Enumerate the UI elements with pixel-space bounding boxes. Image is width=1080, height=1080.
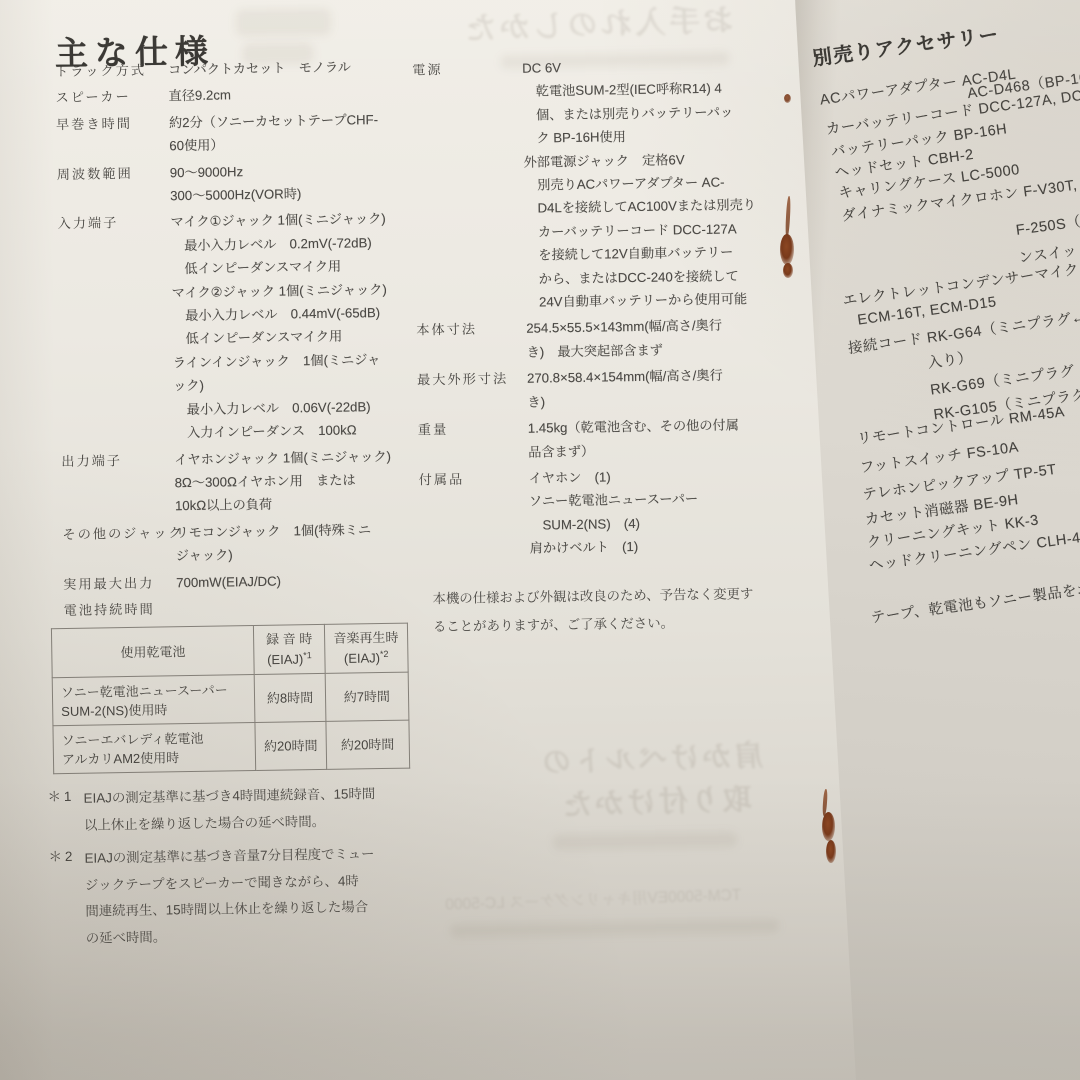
spec-line: D4Lを接続してAC100Vまたは別売り	[524, 193, 799, 221]
playback-time-cell: 約20時間	[326, 720, 410, 769]
spec-line: DC 6V	[522, 52, 797, 80]
ghost-text-care: お手入れのしかた	[461, 0, 734, 48]
spec-line: 254.5×55.5×143mm(幅/高さ/奥行	[526, 313, 801, 341]
spec-label: トラック方式	[55, 58, 168, 83]
table-row: ソニーエバレディ乾電池 アルカリAM2使用時 約20時間 約20時間	[53, 720, 410, 774]
spec-label: 出力端子	[61, 448, 175, 520]
spec-line: 最小入力レベル 0.44mV(-65dB)	[172, 301, 409, 328]
spec-line: 直径9.2cm	[168, 81, 405, 108]
spec-line: 低インピーダンスマイク用	[172, 324, 409, 351]
spec-line: 300～5000Hz(VOR時)	[170, 181, 407, 208]
spec-label: 付属品	[418, 467, 529, 562]
spec-line: ク BP-16H使用	[523, 123, 798, 151]
spec-line: 60使用）	[169, 131, 406, 158]
playback-time-cell: 約7時間	[325, 672, 409, 721]
ghost-text-tcm: TCM-5000EV用キャリングケース LC-5000	[445, 883, 742, 915]
spec-line: SUM-2(NS) (4)	[529, 509, 804, 537]
spec-line: カーバッテリーコード DCC-127A	[525, 216, 800, 244]
spec-label: スピーカー	[55, 85, 168, 110]
spec-row: 早巻き時間 約2分（ソニーカセットテープCHF- 60使用）	[56, 107, 407, 159]
spec-line: 10kΩ以上の負荷	[175, 491, 412, 518]
spec-label: 重量	[418, 417, 529, 466]
spec-label: 早巻き時間	[56, 111, 170, 160]
spec-row: 出力端子 イヤホンジャック 1個(ミニジャック) 8Ω～300Ωイヤホン用 また…	[61, 444, 412, 520]
page-title: 主な仕様	[54, 26, 215, 76]
footnote-marker: ＊2	[48, 846, 86, 953]
spec-line: ラインインジャック 1個(ミニジャ	[173, 347, 410, 374]
manual-spread: 別売りアクセサリー ACパワーアダプター AC-D4L AC-D468（BP-1…	[0, 0, 1080, 1080]
ghost-smudge	[552, 831, 737, 850]
footnote-line: の延べ時間。	[86, 920, 454, 952]
spec-line: 90～9000Hz	[170, 157, 407, 184]
spec-row: 重量 1.45kg（乾電池含む、その他の付属 品含まず）	[418, 412, 804, 465]
spec-line: 低インピーダンスマイク用	[171, 254, 408, 281]
spec-row: 実用最大出力 700mW(EIAJ/DC)	[63, 567, 413, 596]
spec-line: 乾電池SUM-2型(IEC呼称R14) 4	[522, 76, 797, 104]
spec-column-middle: 電源 DC 6V 乾電池SUM-2型(IEC呼称R14) 4 個、または別売りバ…	[412, 52, 805, 565]
spec-label: 最大外形寸法	[417, 367, 528, 416]
spec-line: き)	[527, 386, 802, 414]
table-row: ソニー乾電池ニュースーパー SUM-2(NS)使用時 約8時間 約7時間	[52, 672, 409, 726]
table-header-playback: 音楽再生時 (EIAJ)*2	[324, 623, 408, 673]
ghost-smudge	[500, 51, 730, 69]
spec-row: 入力端子 マイク①ジャック 1個(ミニジャック) 最小入力レベル 0.2mV(-…	[57, 207, 411, 447]
spec-label: 周波数範囲	[57, 161, 171, 210]
accessory-item: 入り）	[926, 346, 973, 373]
spec-row: トラック方式 コンパクトカセット モノラル	[55, 55, 405, 84]
spec-line: 入力インピーダンス 100kΩ	[174, 418, 411, 445]
spec-line: マイク①ジャック 1個(ミニジャック)	[170, 207, 407, 234]
spec-column-left: トラック方式 コンパクトカセット モノラル スピーカー 直径9.2cm 早巻き時…	[55, 55, 414, 626]
ghost-smudge	[450, 919, 780, 938]
spec-line: 24V自動車バッテリーから使用可能	[526, 286, 801, 314]
spec-line: 肩かけベルト (1)	[530, 532, 805, 560]
battery-life-table: 使用乾電池 録 音 時 (EIAJ)*1 音楽再生時 (EIAJ)*2 ソニー乾…	[51, 623, 410, 775]
spec-line: イヤホン (1)	[528, 462, 803, 490]
spec-label: 実用最大出力	[63, 571, 176, 596]
spec-line: ジャック)	[176, 541, 413, 568]
table-header-recording: 録 音 時 (EIAJ)*1	[254, 624, 325, 674]
spec-label: その他のジャック	[62, 521, 176, 570]
ghost-text-belt: 肩かけベルトの	[538, 733, 763, 781]
spec-line: リモコンジャック 1個(特殊ミニ	[175, 517, 412, 544]
footnote-line: ジックテープをスピーカーで聞きながら、4時	[85, 867, 453, 899]
spec-row: 電池持続時間	[63, 593, 413, 622]
spec-label: 電池持続時間	[63, 597, 176, 622]
accessory-item: F-250S（S	[1015, 209, 1080, 240]
ghost-smudge	[235, 8, 331, 38]
spec-line: 約2分（ソニーカセットテープCHF-	[169, 107, 406, 134]
spec-row: スピーカー 直径9.2cm	[55, 81, 405, 110]
spec-line: を接続して12V自動車バッテリー	[525, 240, 800, 268]
spec-line: から、またはDCC-240を接続して	[525, 263, 800, 291]
spec-line: イヤホンジャック 1個(ミニジャック)	[174, 444, 411, 471]
spec-row: 周波数範囲 90～9000Hz 300～5000Hz(VOR時)	[57, 157, 408, 209]
accessories-note: テープ、乾電池もソニー製品をお	[869, 577, 1080, 627]
spec-line: 外部電源ジャック 定格6V	[523, 146, 798, 174]
battery-name-cell: ソニー乾電池ニュースーパー SUM-2(NS)使用時	[52, 675, 255, 726]
spec-line: 270.8×58.4×154mm(幅/高さ/奥行	[527, 363, 802, 391]
footnote-line: 間連続再生、15時間以上休止を繰り返した場合	[85, 893, 453, 925]
spec-row: 本体寸法 254.5×55.5×143mm(幅/高さ/奥行 き) 最大突起部含ま…	[416, 313, 802, 366]
spec-line: 別売りACパワーアダプター AC-	[524, 169, 799, 197]
table-header-row: 使用乾電池 録 音 時 (EIAJ)*1 音楽再生時 (EIAJ)*2	[51, 623, 408, 678]
footnotes: ＊1 EIAJの測定基準に基づき4時間連続録音、15時間 以上休止を繰り返した場…	[47, 780, 454, 960]
recording-time-cell: 約8時間	[255, 673, 326, 722]
spec-line: き) 最大突起部含まず	[526, 336, 801, 364]
spec-label: 本体寸法	[416, 317, 527, 366]
spec-line: 1.45kg（乾電池含む、その他の付属	[528, 412, 803, 440]
battery-name-cell: ソニーエバレディ乾電池 アルカリAM2使用時	[53, 723, 256, 774]
spec-line: コンパクトカセット モノラル	[168, 55, 405, 82]
spec-row: 付属品 イヤホン (1) ソニー乾電池ニュースーパー SUM-2(NS) (4)…	[418, 462, 804, 562]
spec-line: 品含まず）	[528, 436, 803, 464]
spec-line: 700mW(EIAJ/DC)	[176, 567, 413, 594]
footnote-line: EIAJの測定基準に基づき4時間連続録音、15時間	[83, 780, 451, 812]
spec-line: 最小入力レベル 0.06V(-22dB)	[173, 394, 410, 421]
spec-line: 最小入力レベル 0.2mV(-72dB)	[171, 230, 408, 257]
footnote-line: EIAJの測定基準に基づき音量7分目程度でミュー	[84, 840, 452, 872]
change-notice: 本機の仕様および外観は改良のため、予告なく変更す ることがありますが、ご了承くだ…	[432, 579, 828, 641]
spec-row: 最大外形寸法 270.8×58.4×154mm(幅/高さ/奥行 き)	[417, 363, 803, 416]
spec-label: 電源	[412, 57, 526, 316]
left-page-content: お手入れのしかた 肩かけベルトの 取り付けかた TCM-5000EV用キャリング…	[0, 0, 826, 1080]
recording-time-cell: 約20時間	[255, 721, 326, 770]
notice-line: ることがありますが、ご了承ください。	[433, 607, 828, 641]
spec-line: 8Ω～300Ωイヤホン用 または	[174, 467, 411, 494]
spec-line: マイク②ジャック 1個(ミニジャック)	[171, 277, 408, 304]
spec-row: 電源 DC 6V 乾電池SUM-2型(IEC呼称R14) 4 個、または別売りバ…	[412, 52, 801, 315]
spec-row: その他のジャック リモコンジャック 1個(特殊ミニ ジャック)	[62, 517, 413, 569]
footnote-line: 以上休止を繰り返した場合の延べ時間。	[84, 807, 452, 839]
spec-line: ソニー乾電池ニュースーパー	[529, 486, 804, 514]
ghost-smudge	[242, 42, 314, 65]
notice-line: 本機の仕様および外観は改良のため、予告なく変更す	[432, 579, 827, 613]
footnote: ＊1 EIAJの測定基準に基づき4時間連続録音、15時間 以上休止を繰り返した場…	[47, 780, 452, 840]
footnote: ＊2 EIAJの測定基準に基づき音量7分目程度でミュー ジックテープをスピーカー…	[48, 840, 454, 953]
table-header-battery: 使用乾電池	[51, 626, 254, 678]
spec-line: 個、または別売りバッテリーパッ	[523, 99, 798, 127]
spec-line: ック)	[173, 371, 410, 398]
spec-label: 入力端子	[57, 211, 174, 447]
ghost-text-belt: 取り付けかた	[559, 777, 752, 824]
footnote-marker: ＊1	[47, 786, 84, 840]
